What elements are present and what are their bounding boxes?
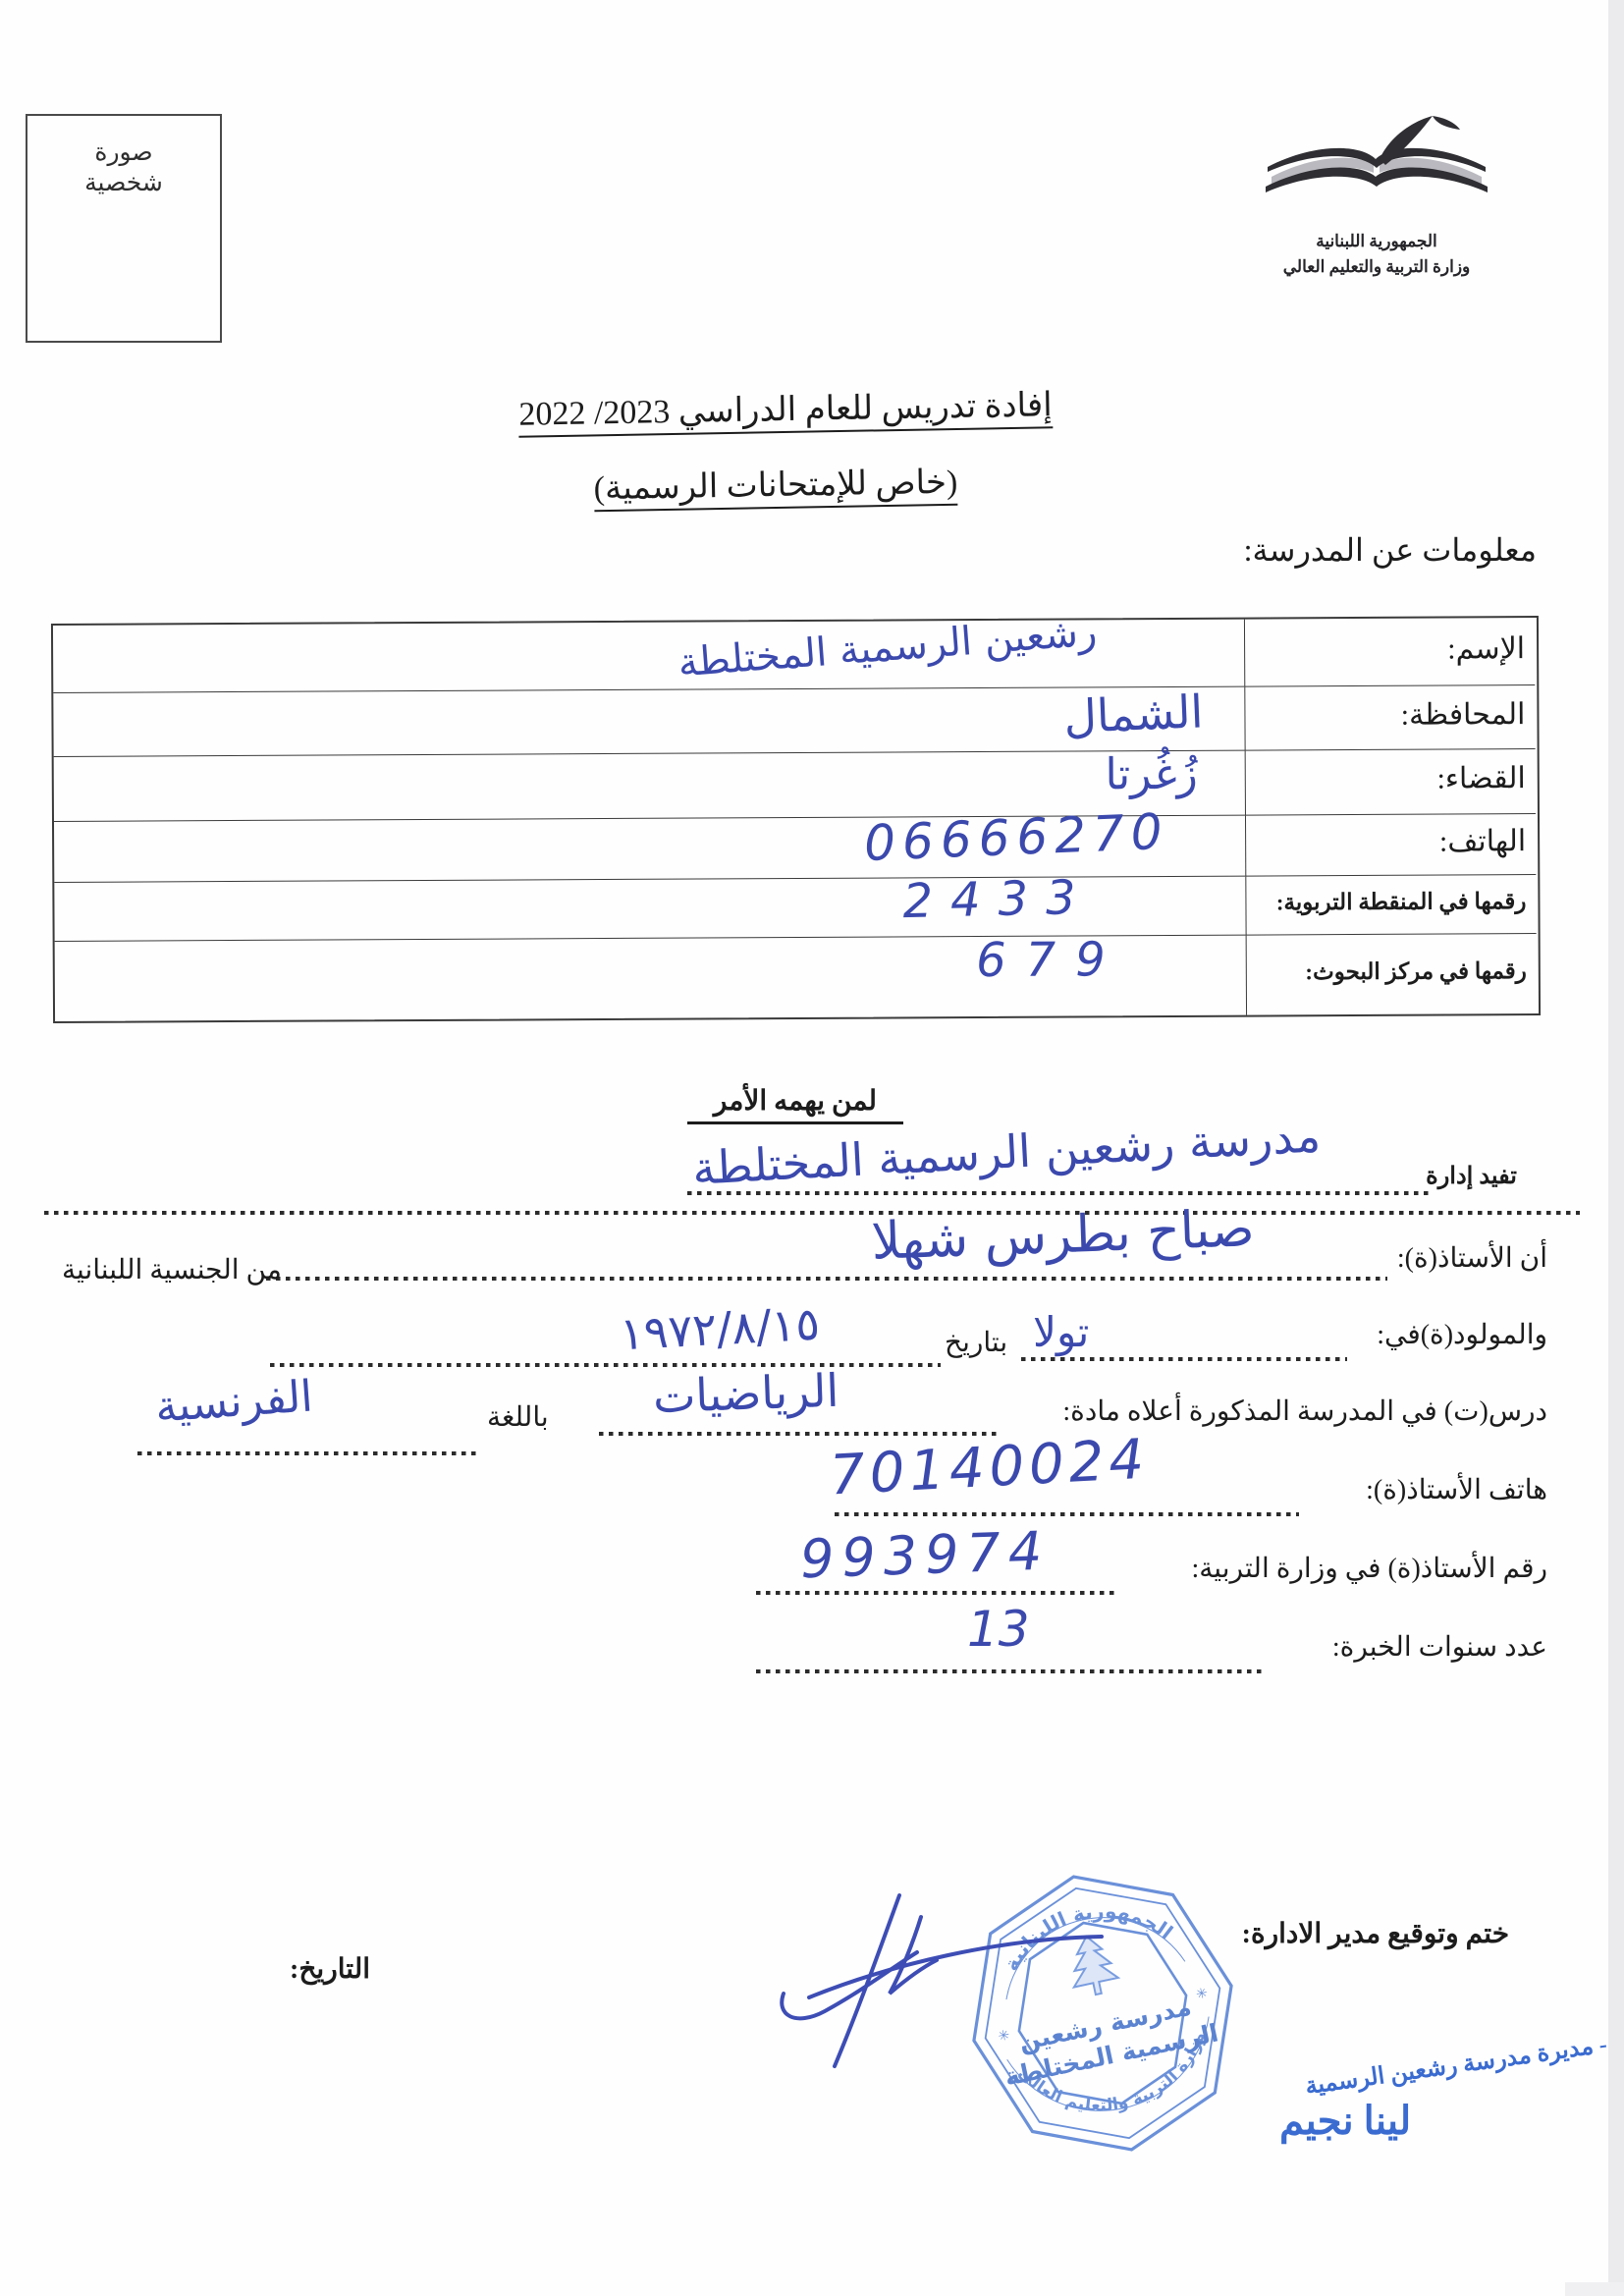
dotted-line bbox=[756, 1669, 1267, 1673]
educational-zone-number-handwriting: 2433 bbox=[902, 870, 1094, 929]
teacher-name-handwriting: صباح بطرس شهلا bbox=[706, 1193, 1420, 1277]
table-label-name: الإسم: bbox=[1244, 618, 1535, 687]
dotted-line bbox=[687, 1191, 1429, 1195]
dotted-line bbox=[756, 1591, 1114, 1595]
subject-handwriting: الرياضيات bbox=[652, 1364, 839, 1424]
director-name-text: لينا نجيم bbox=[1279, 2098, 1411, 2144]
date-label: التاريخ: bbox=[290, 1952, 370, 1986]
certify-label: تفيد إدارة bbox=[1426, 1162, 1517, 1190]
concern-heading: لمن يهمه الأمر bbox=[687, 1084, 903, 1124]
open-book-logo-icon bbox=[1254, 116, 1499, 222]
born-label: والمولود(ة)في: bbox=[1377, 1318, 1547, 1351]
language-word: باللغة bbox=[487, 1400, 549, 1434]
research-center-number-handwriting: 679 bbox=[976, 932, 1125, 988]
birthplace-handwriting: تولا bbox=[1033, 1308, 1089, 1356]
birthdate-handwriting: ١٩٧٢/٨/١٥ bbox=[619, 1297, 821, 1361]
ministry-name-text: وزارة التربية والتعليم العالي bbox=[1239, 254, 1514, 280]
table-label-governorate: المحافظة: bbox=[1244, 685, 1535, 751]
taught-label: درس(ت) في المدرسة المذكورة أعلاه مادة: bbox=[1062, 1394, 1547, 1428]
photo-label-line1: صورة bbox=[94, 137, 152, 168]
document-title: إفادة تدريس للعام الدراسي 2023/ 2022 bbox=[471, 384, 1101, 434]
svg-text:✳: ✳ bbox=[1195, 1987, 1210, 2003]
document-subtitle: (خاص للإمتحانات الرسمية) bbox=[550, 462, 1002, 509]
school-info-table: رشعين الرسمية المختلطة الإسم: الشمال الم… bbox=[51, 616, 1541, 1023]
director-signature bbox=[774, 1878, 1108, 2079]
stamp-signature-label: ختم وتوقيع مدير الادارة: bbox=[1242, 1917, 1509, 1950]
republic-name-text: الجمهورية اللبنانية bbox=[1239, 229, 1514, 254]
scan-edge bbox=[1608, 0, 1624, 2296]
dotted-line bbox=[137, 1451, 481, 1455]
scan-edge bbox=[1565, 2282, 1624, 2296]
dotted-line bbox=[1021, 1357, 1347, 1361]
director-title-text: - مديرة مدرسة رشعين الرسمية bbox=[1313, 2030, 1608, 2099]
school-phone-handwriting: 06666270 bbox=[863, 803, 1170, 872]
table-label-district: القضاء: bbox=[1245, 749, 1536, 816]
governorate-handwriting: الشمال bbox=[1063, 684, 1205, 743]
ministry-number-label: رقم الأستاذ(ة) في وزارة التربية: bbox=[1192, 1552, 1548, 1585]
district-handwriting: زُغُرتا bbox=[1105, 749, 1197, 799]
school-name-handwriting: رشعين الرسمية المختلطة bbox=[677, 610, 1099, 686]
dotted-line bbox=[270, 1363, 941, 1367]
table-value-cell: رشعين الرسمية المختلطة bbox=[53, 620, 1244, 693]
school-info-heading: معلومات عن المدرسة: bbox=[1244, 531, 1537, 569]
table-label-research-number: رقمها في مركز البحوث: bbox=[1246, 934, 1537, 1015]
date-word: بتاريخ bbox=[945, 1326, 1007, 1359]
dotted-line bbox=[599, 1432, 1001, 1436]
photo-placeholder-box: صورة شخصية bbox=[26, 114, 222, 343]
language-handwriting: الفرنسية bbox=[153, 1371, 314, 1432]
teacher-phone-handwriting: 70140024 bbox=[829, 1428, 1151, 1508]
nationality-text: من الجنسية اللبنانية bbox=[62, 1253, 282, 1286]
experience-label: عدد سنوات الخبرة: bbox=[1332, 1630, 1547, 1664]
table-label-phone: الهاتف: bbox=[1245, 814, 1536, 877]
teacher-phone-label: هاتف الأستاذ(ة): bbox=[1366, 1473, 1547, 1506]
table-value-cell: 679 bbox=[55, 936, 1246, 1021]
photo-label-line2: شخصية bbox=[84, 168, 163, 198]
table-value-cell: الشمال bbox=[53, 687, 1244, 757]
table-label-zone-number: رقمها في المنقطة التربوية: bbox=[1245, 875, 1536, 936]
dotted-line bbox=[835, 1512, 1299, 1516]
scanned-teaching-certificate: صورة شخصية الجمهورية اللبنانية وزارة الت… bbox=[0, 0, 1624, 2296]
ministry-logo-block: الجمهورية اللبنانية وزارة التربية والتعل… bbox=[1239, 116, 1514, 281]
experience-handwriting: 13 bbox=[967, 1601, 1030, 1658]
teacher-label: أن الأستاذ(ة): bbox=[1397, 1241, 1547, 1275]
ministry-number-handwriting: 993974 bbox=[799, 1520, 1051, 1591]
signature-icon bbox=[774, 1878, 1108, 2079]
dotted-line bbox=[266, 1277, 1387, 1281]
